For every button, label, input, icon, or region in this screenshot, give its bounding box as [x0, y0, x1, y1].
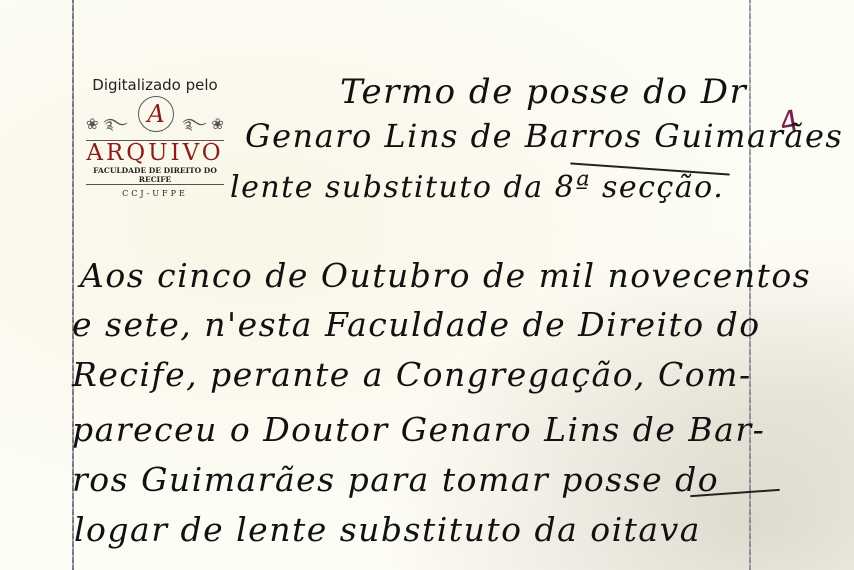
archive-watermark-logo: Digitalizado pelo ❀ ࿐ A ࿐ ❀ ARQUIVO FACU… — [80, 76, 230, 198]
divider — [86, 184, 224, 185]
heading-line-1: Termo de posse do Dr — [340, 72, 747, 112]
body-line-1: Aos cinco de Outubro de mil novecentos — [80, 256, 811, 295]
body-line-4: pareceu o Doutor Genaro Lins de Bar- — [72, 410, 765, 449]
emblem: ❀ ࿐ A ࿐ ❀ — [80, 96, 230, 140]
swirl-ornament-icon: ❀ ࿐ — [86, 108, 128, 150]
manuscript-page: Digitalizado pelo ❀ ࿐ A ࿐ ❀ ARQUIVO FACU… — [0, 0, 854, 570]
institution-name: FACULDADE DE DIREITO DO RECIFE — [80, 166, 230, 184]
body-line-5: ros Guimarães para tomar posse do — [72, 460, 719, 499]
body-line-6: logar de lente substituto da oitava — [74, 510, 701, 549]
heading-line-3: lente substituto da 8ª secção. — [230, 170, 724, 205]
department-name: CCJ-UFPE — [80, 189, 230, 198]
heading-line-2: Genaro Lins de Barros Guimarães — [245, 117, 843, 155]
body-line-2: e sete, n'esta Faculdade de Direito do — [72, 305, 761, 344]
swirl-ornament-icon: ࿐ ❀ — [182, 108, 224, 150]
body-line-3: Recife, perante a Congregação, Com- — [72, 355, 752, 394]
watermark-caption: Digitalizado pelo — [80, 76, 230, 94]
emblem-letter: A — [138, 96, 174, 132]
